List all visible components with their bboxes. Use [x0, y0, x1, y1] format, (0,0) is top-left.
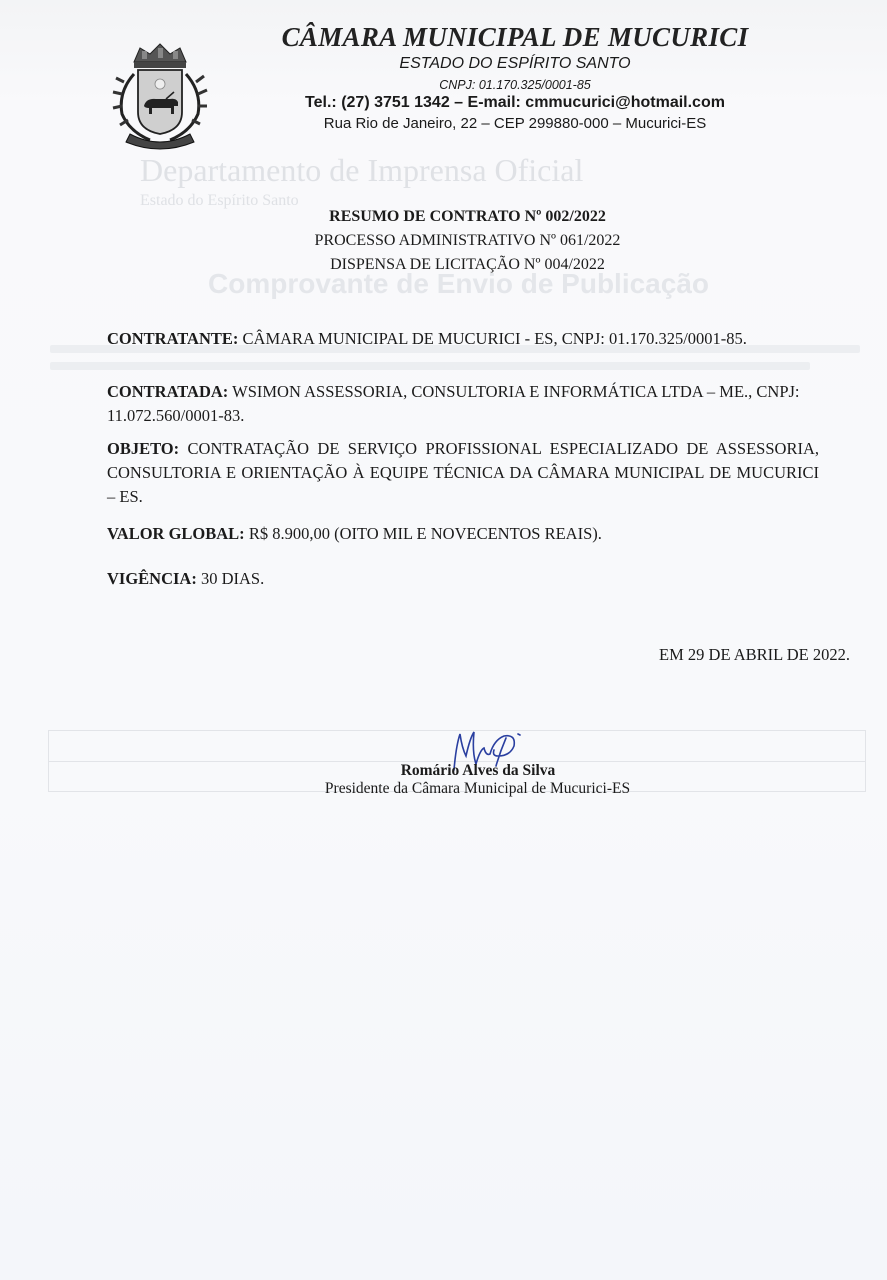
bleed-through-line	[50, 362, 810, 370]
address-line: Rua Rio de Janeiro, 22 – CEP 299880-000 …	[230, 115, 800, 132]
clause-contratante: CONTRATANTE: CÂMARA MUNICIPAL DE MUCURIC…	[107, 327, 819, 351]
clause-text: CONTRATAÇÃO DE SERVIÇO PROFISSIONAL ESPE…	[107, 439, 819, 506]
bidding-waiver-number: DISPENSA DE LICITAÇÃO Nº 004/2022	[230, 256, 705, 274]
clause-valor-global: VALOR GLOBAL: R$ 8.900,00 (OITO MIL E NO…	[107, 522, 819, 546]
document-date: EM 29 DE ABRIL DE 2022.	[659, 645, 850, 665]
contact-line: Tel.: (27) 3751 1342 – E-mail: cmmucuric…	[230, 94, 800, 112]
contract-title: RESUMO DE CONTRATO Nº 002/2022	[230, 208, 705, 226]
bleed-through-title: Departamento de Imprensa Oficial	[140, 152, 583, 189]
clause-text: 30 DIAS.	[197, 569, 264, 588]
clause-label: VIGÊNCIA:	[107, 569, 197, 588]
institution-cnpj: CNPJ: 01.170.325/0001-85	[230, 78, 800, 92]
coat-of-arms-icon	[104, 42, 216, 152]
institution-name: CÂMARA MUNICIPAL DE MUCURICI	[230, 22, 800, 53]
clause-vigencia: VIGÊNCIA: 30 DIAS.	[107, 567, 819, 591]
signer-name: Romário Alves da Silva	[296, 762, 660, 780]
document-page: Departamento de Imprensa Oficial Estado …	[0, 0, 887, 1280]
signer-role: Presidente da Câmara Municipal de Mucuri…	[290, 780, 665, 798]
clause-label: CONTRATANTE:	[107, 329, 238, 348]
clause-text: CÂMARA MUNICIPAL DE MUCURICI - ES, CNPJ:…	[238, 329, 747, 348]
clause-label: OBJETO:	[107, 439, 179, 458]
clause-text: R$ 8.900,00 (OITO MIL E NOVECENTOS REAIS…	[245, 524, 602, 543]
process-number: PROCESSO ADMINISTRATIVO Nº 061/2022	[230, 232, 705, 250]
clause-contratada: CONTRATADA: WSIMON ASSESSORIA, CONSULTOR…	[107, 380, 819, 428]
state-name: ESTADO DO ESPÍRITO SANTO	[230, 55, 800, 73]
clause-label: CONTRATADA:	[107, 382, 228, 401]
clause-label: VALOR GLOBAL:	[107, 524, 245, 543]
clause-objeto: OBJETO: CONTRATAÇÃO DE SERVIÇO PROFISSIO…	[107, 437, 819, 509]
